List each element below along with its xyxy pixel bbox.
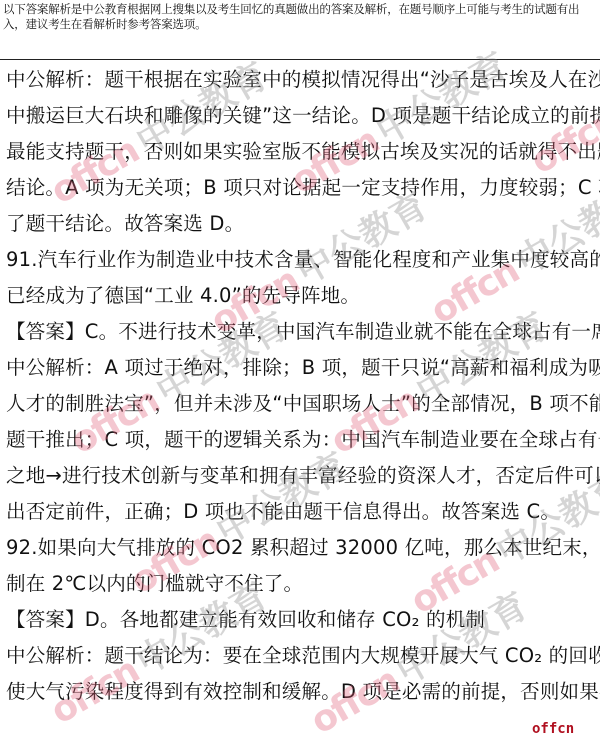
offcn-logo: offcn — [532, 721, 574, 737]
text-line: 人才的制胜法宝”，但并未涉及“中国职场人士”的全部情况，B 项不能由 — [6, 386, 600, 422]
analysis-92: 中公解析：题干结论为：要在全球范围内大规模开展大气 CO₂ 的回收行动， — [6, 638, 600, 674]
text-line: 题干推出；C 项，题干的逻辑关系为：中国汽车制造业要在全球占有一席 — [6, 422, 600, 458]
question-92-title-cont: 制在 2℃以内的门槛就守不住了。 — [6, 566, 600, 602]
answer-92: 【答案】D。各地都建立能有效回收和储存 CO₂ 的机制 — [6, 602, 600, 638]
question-92-title: 92.如果向大气排放的 CO2 累积超过 32000 亿吨，那么本世纪末，将升温… — [6, 530, 600, 566]
question-91-title: 91.汽车行业作为制造业中技术含量、智能化程度和产业集中度较高的代表， — [6, 242, 600, 278]
text-line: 出否定前件，正确；D 项也不能由题干信息得出。故答案选 C。 — [6, 494, 600, 530]
text-line: 之地→进行技术创新与变革和拥有丰富经验的资深人才，否定后件可以推 — [6, 458, 600, 494]
answer-91: 【答案】C。不进行技术变革，中国汽车制造业就不能在全球占有一席之地 — [6, 314, 600, 350]
divider-line — [0, 59, 600, 60]
text-line: 使大气污染程度得到有效控制和缓解。D 项是必需的前提，否则如果各地 — [6, 674, 600, 710]
text-line: 最能支持题干，否则如果实验室版不能模拟古埃及实况的话就得不出题干 — [6, 134, 600, 170]
question-91-title-cont: 已经成为了德国“工业 4.0”的先导阵地。 — [6, 278, 600, 314]
header-disclaimer: 以下答案解析是中公教育根据网上搜集以及考生回忆的真题做出的答案及解析，在题号顺序… — [3, 2, 599, 32]
document-body: 中公解析：题干根据在实验室中的模拟情况得出“沙子是古埃及人在沙漠 中搬运巨大石块… — [6, 62, 600, 710]
text-line: 中搬运巨大石块和雕像的关键”这一结论。D 项是题干结论成立的前提， — [6, 98, 600, 134]
text-line: 中公解析：题干根据在实验室中的模拟情况得出“沙子是古埃及人在沙漠 — [6, 62, 600, 98]
text-line: 了题干结论。故答案选 D。 — [6, 206, 600, 242]
analysis-91: 中公解析：A 项过于绝对，排除；B 项，题干只说“高薪和福利成为吸引 — [6, 350, 600, 386]
text-line: 结论。A 项为无关项；B 项只对论据起一定支持作用，力度较弱；C 项削弱 — [6, 170, 600, 206]
